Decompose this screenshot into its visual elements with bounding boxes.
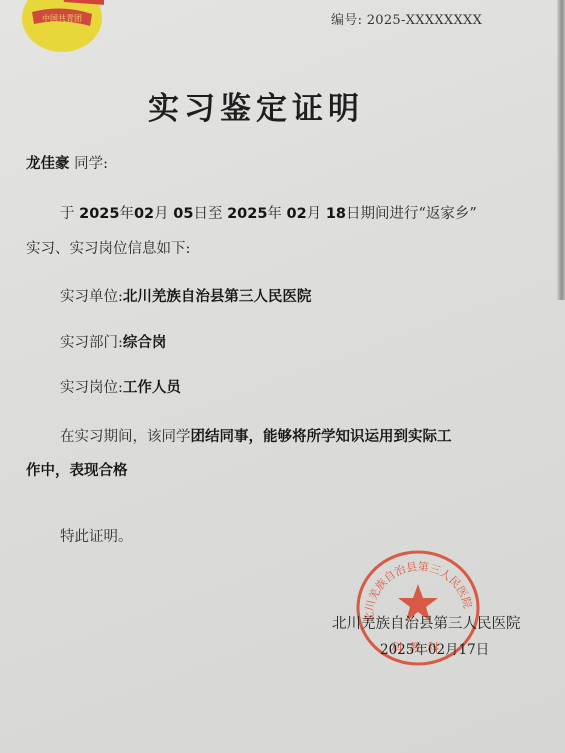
month-char: 月 [154,206,169,222]
youth-league-emblem-icon: 中国共青团 [20,0,104,60]
field-position-value: 工作人员 [123,380,181,396]
student-name: 龙佳豪 [26,156,70,172]
start-day: 05 [173,206,193,222]
salutation-suffix: 同学: [74,156,108,172]
intro-line-2: 实习、实习岗位信息如下: [26,237,190,258]
intro-line-1: 于 2025年02月 05日至 2025年 02月 18日期间进行“返家乡” [60,202,477,223]
evaluation-line-2: 作中，表现合格 [26,459,128,480]
serial-value: 2025-XXXXXXXX [367,13,482,28]
evaluation-bold-1: 团结同事，能够将所学知识运用到实际工 [191,429,452,445]
serial-number: 编号: 2025-XXXXXXXX [331,9,482,28]
signature-date: 2025年02月17日 [380,638,489,658]
paper-edge-shadow [557,0,565,300]
year-char-2: 年 [267,206,282,222]
field-position-label: 实习岗位: [60,380,123,396]
evaluation-prefix: 在实习期间，该同学 [60,429,191,445]
svg-text:中国共青团: 中国共青团 [42,13,82,23]
serial-label: 编号: [331,13,362,28]
intro-suffix: 日期间进行“返家乡” [346,206,477,222]
year-char: 年 [119,206,134,222]
field-department-value: 综合岗 [123,335,167,351]
salutation: 龙佳豪 同学: [26,152,108,173]
field-unit: 实习单位:北川羌族自治县第三人民医院 [60,285,311,306]
start-year: 2025 [79,206,119,222]
end-year: 2025 [227,206,267,222]
month-char-2: 月 [307,206,322,222]
page-title: 实习鉴定证明 [148,83,364,128]
start-month: 02 [134,206,154,222]
end-month: 02 [287,206,307,222]
signature-organization: 北川羌族自治县第三人民医院 [332,612,521,633]
field-position: 实习岗位:工作人员 [60,376,181,397]
field-unit-label: 实习单位: [60,289,123,305]
end-day: 18 [326,206,346,222]
field-department: 实习部门:综合岗 [60,331,166,352]
to-text: 日至 [193,206,222,222]
closing-text: 特此证明。 [60,525,133,546]
field-unit-value: 北川羌族自治县第三人民医院 [123,289,312,305]
field-department-label: 实习部门: [60,335,123,351]
evaluation-line-1: 在实习期间，该同学团结同事，能够将所学知识运用到实际工 [60,425,452,446]
intro-prefix: 于 [60,206,75,222]
